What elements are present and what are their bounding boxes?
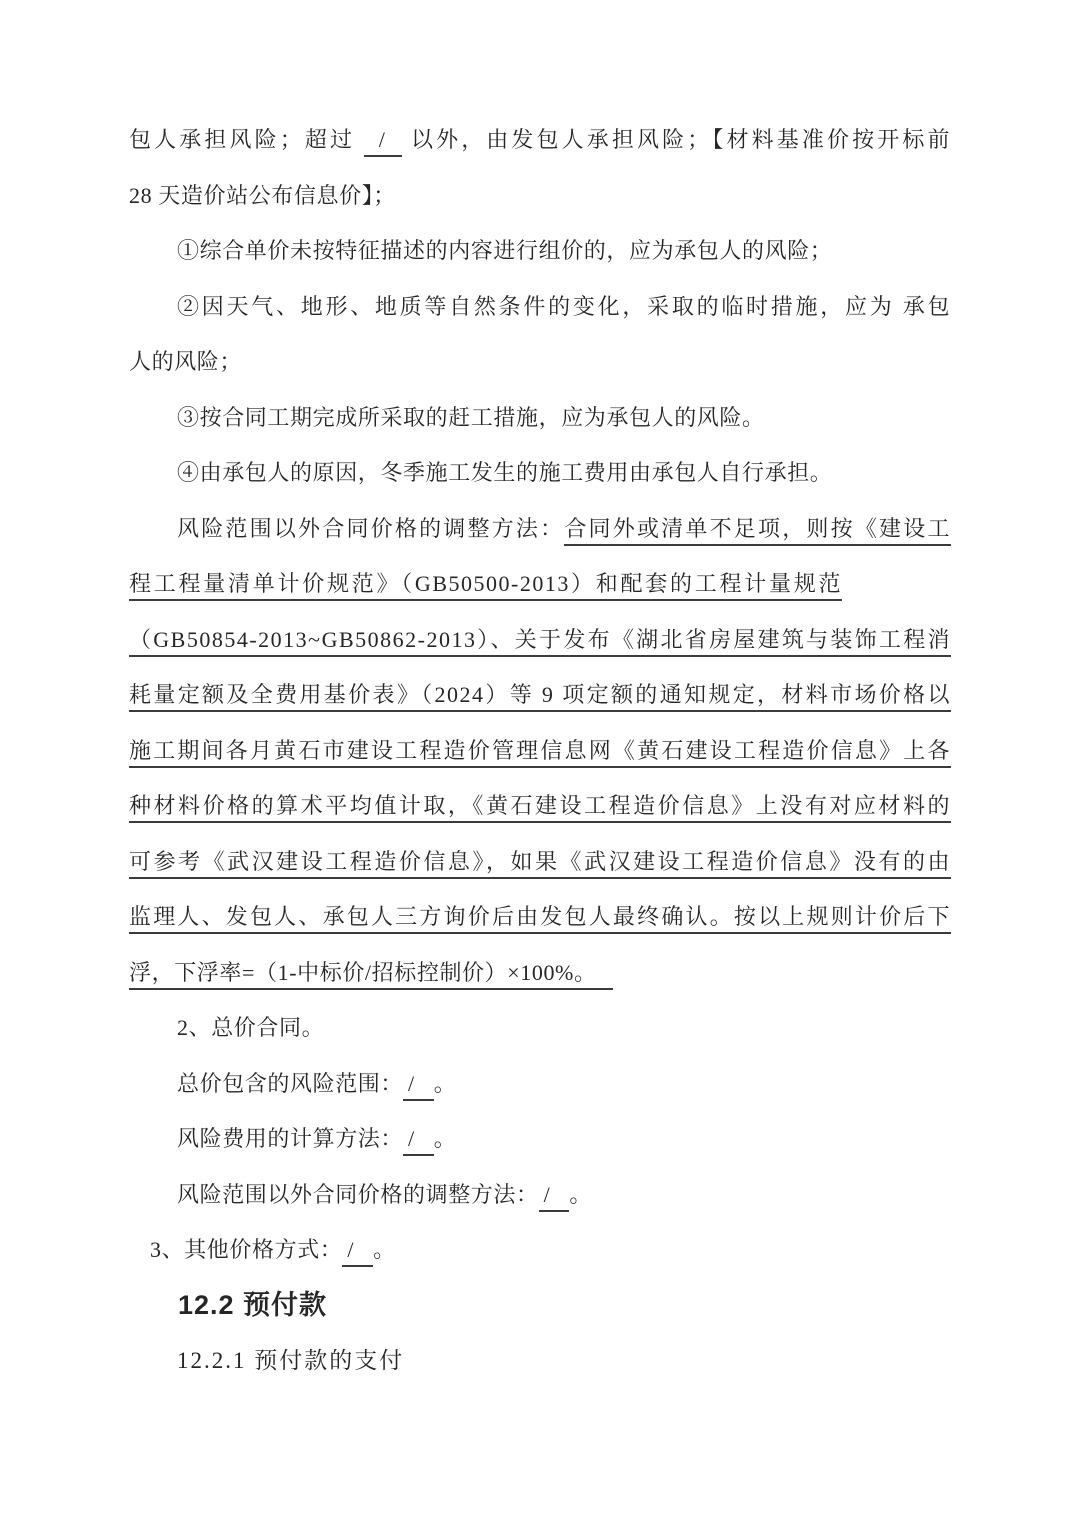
para-line-13: 种材料价格的算术平均值计取，《黄石建设工程造价信息》上没有对应材料的 xyxy=(129,778,951,834)
para-line-20: 风险范围以外合同价格的调整方法：/。 xyxy=(129,1167,951,1223)
text-segment: 。 xyxy=(569,1182,592,1207)
para-line-4: ②因天气、地形、地质等自然条件的变化，采取的临时措施，应为 承包 xyxy=(129,279,951,335)
section-heading-12-2: 12.2 预付款 xyxy=(129,1278,951,1334)
blank-slash-field: / xyxy=(403,1071,434,1101)
text-segment: 28 天造价站公布信息价】； xyxy=(129,183,396,208)
text-segment: 3、其他价格方式： xyxy=(150,1237,342,1262)
subsection-heading-12-2-1: 12.2.1 预付款的支付 xyxy=(129,1333,951,1389)
document-page: 包人承担风险；超过 / 以外，由发包人承担风险；【材料基准价按开标前28 天造价… xyxy=(0,0,1074,1520)
para-line-6: ③按合同工期完成所采取的赶工措施，应为承包人的风险。 xyxy=(129,390,951,446)
text-segment: 风险范围以外合同价格的调整方法： xyxy=(177,1182,539,1207)
text-segment: 风险范围以外合同价格的调整方法： xyxy=(177,516,564,541)
text-segment: 浮，下浮率=（1-中标价/招标控制价）×100%。 xyxy=(129,960,613,990)
text-segment: 耗量定额及全费用基价表》（2024）等 9 项定额的通知规定，材料市场价格以 xyxy=(129,682,951,712)
para-line-10: （GB50854-2013~GB50862-2013）、关于发布《湖北省房屋建筑… xyxy=(129,612,951,668)
text-segment: （GB50854-2013~GB50862-2013）、关于发布《湖北省房屋建筑… xyxy=(129,627,951,657)
text-segment: ③按合同工期完成所采取的赶工措施，应为承包人的风险。 xyxy=(177,405,765,430)
text-segment: 程工程量清单计价规范》（GB50500-2013）和配套的工程计量规范 xyxy=(129,571,842,601)
text-segment: 。 xyxy=(373,1237,396,1262)
para-line-7: ④由承包人的原因，冬季施工发生的施工费用由承包人自行承担。 xyxy=(129,445,951,501)
text-segment: 总价包含的风险范围： xyxy=(177,1071,403,1096)
text-segment: 合同外或清单不足项，则按《建设工 xyxy=(564,516,951,546)
para-line-12: 施工期间各月黄石市建设工程造价管理信息网《黄石建设工程造价信息》上各 xyxy=(129,723,951,779)
para-line-3: ①综合单价未按特征描述的内容进行组价的，应为承包人的风险； xyxy=(129,223,951,279)
blank-slash-field: / xyxy=(539,1182,570,1212)
text-segment: ④由承包人的原因，冬季施工发生的施工费用由承包人自行承担。 xyxy=(177,460,832,485)
para-line-9: 程工程量清单计价规范》（GB50500-2013）和配套的工程计量规范 xyxy=(129,556,842,612)
text-segment: 人的风险； xyxy=(129,349,242,374)
text-segment: 12.2 预付款 xyxy=(178,1290,327,1320)
para-line-17: 2、总价合同。 xyxy=(129,1000,951,1056)
para-line-19: 风险费用的计算方法：/。 xyxy=(129,1111,951,1167)
text-segment: 12.2.1 预付款的支付 xyxy=(177,1348,404,1373)
text-segment: 风险费用的计算方法： xyxy=(177,1126,403,1151)
para-line-18: 总价包含的风险范围：/。 xyxy=(129,1056,951,1112)
para-line-5: 人的风险； xyxy=(129,334,951,390)
blank-slash-field: / xyxy=(403,1126,434,1156)
para-line-16: 浮，下浮率=（1-中标价/招标控制价）×100%。 xyxy=(129,945,951,1001)
text-segment: 2、总价合同。 xyxy=(177,1015,324,1040)
para-line-14: 可参考《武汉建设工程造价信息》，如果《武汉建设工程造价信息》没有的由 xyxy=(129,834,951,890)
para-line-1: 包人承担风险；超过 / 以外，由发包人承担风险；【材料基准价按开标前 xyxy=(129,112,951,168)
text-segment: 以外，由发包人承担风险；【材料基准价按开标前 xyxy=(402,127,951,152)
para-line-2: 28 天造价站公布信息价】； xyxy=(129,168,951,224)
text-segment: ①综合单价未按特征描述的内容进行组价的，应为承包人的风险； xyxy=(177,238,832,263)
text-segment: 包人承担风险；超过 xyxy=(129,127,364,152)
text-segment: 。 xyxy=(434,1071,457,1096)
text-segment: 。 xyxy=(434,1126,457,1151)
text-segment: 施工期间各月黄石市建设工程造价管理信息网《黄石建设工程造价信息》上各 xyxy=(129,738,951,768)
document-content: 包人承担风险；超过 / 以外，由发包人承担风险；【材料基准价按开标前28 天造价… xyxy=(129,112,951,1389)
text-segment: ②因天气、地形、地质等自然条件的变化，采取的临时措施，应为 承包 xyxy=(177,294,951,319)
blank-slash-field: / xyxy=(364,127,403,157)
para-line-11: 耗量定额及全费用基价表》（2024）等 9 项定额的通知规定，材料市场价格以 xyxy=(129,667,951,723)
blank-slash-field: / xyxy=(342,1237,373,1267)
para-line-8: 风险范围以外合同价格的调整方法：合同外或清单不足项，则按《建设工 xyxy=(129,501,951,557)
para-line-21: 3、其他价格方式：/。 xyxy=(129,1222,951,1278)
text-segment: 种材料价格的算术平均值计取，《黄石建设工程造价信息》上没有对应材料的 xyxy=(129,793,951,823)
text-segment: 可参考《武汉建设工程造价信息》，如果《武汉建设工程造价信息》没有的由 xyxy=(129,849,951,879)
text-segment: 监理人、发包人、承包人三方询价后由发包人最终确认。按以上规则计价后下 xyxy=(129,904,951,934)
para-line-15: 监理人、发包人、承包人三方询价后由发包人最终确认。按以上规则计价后下 xyxy=(129,889,951,945)
